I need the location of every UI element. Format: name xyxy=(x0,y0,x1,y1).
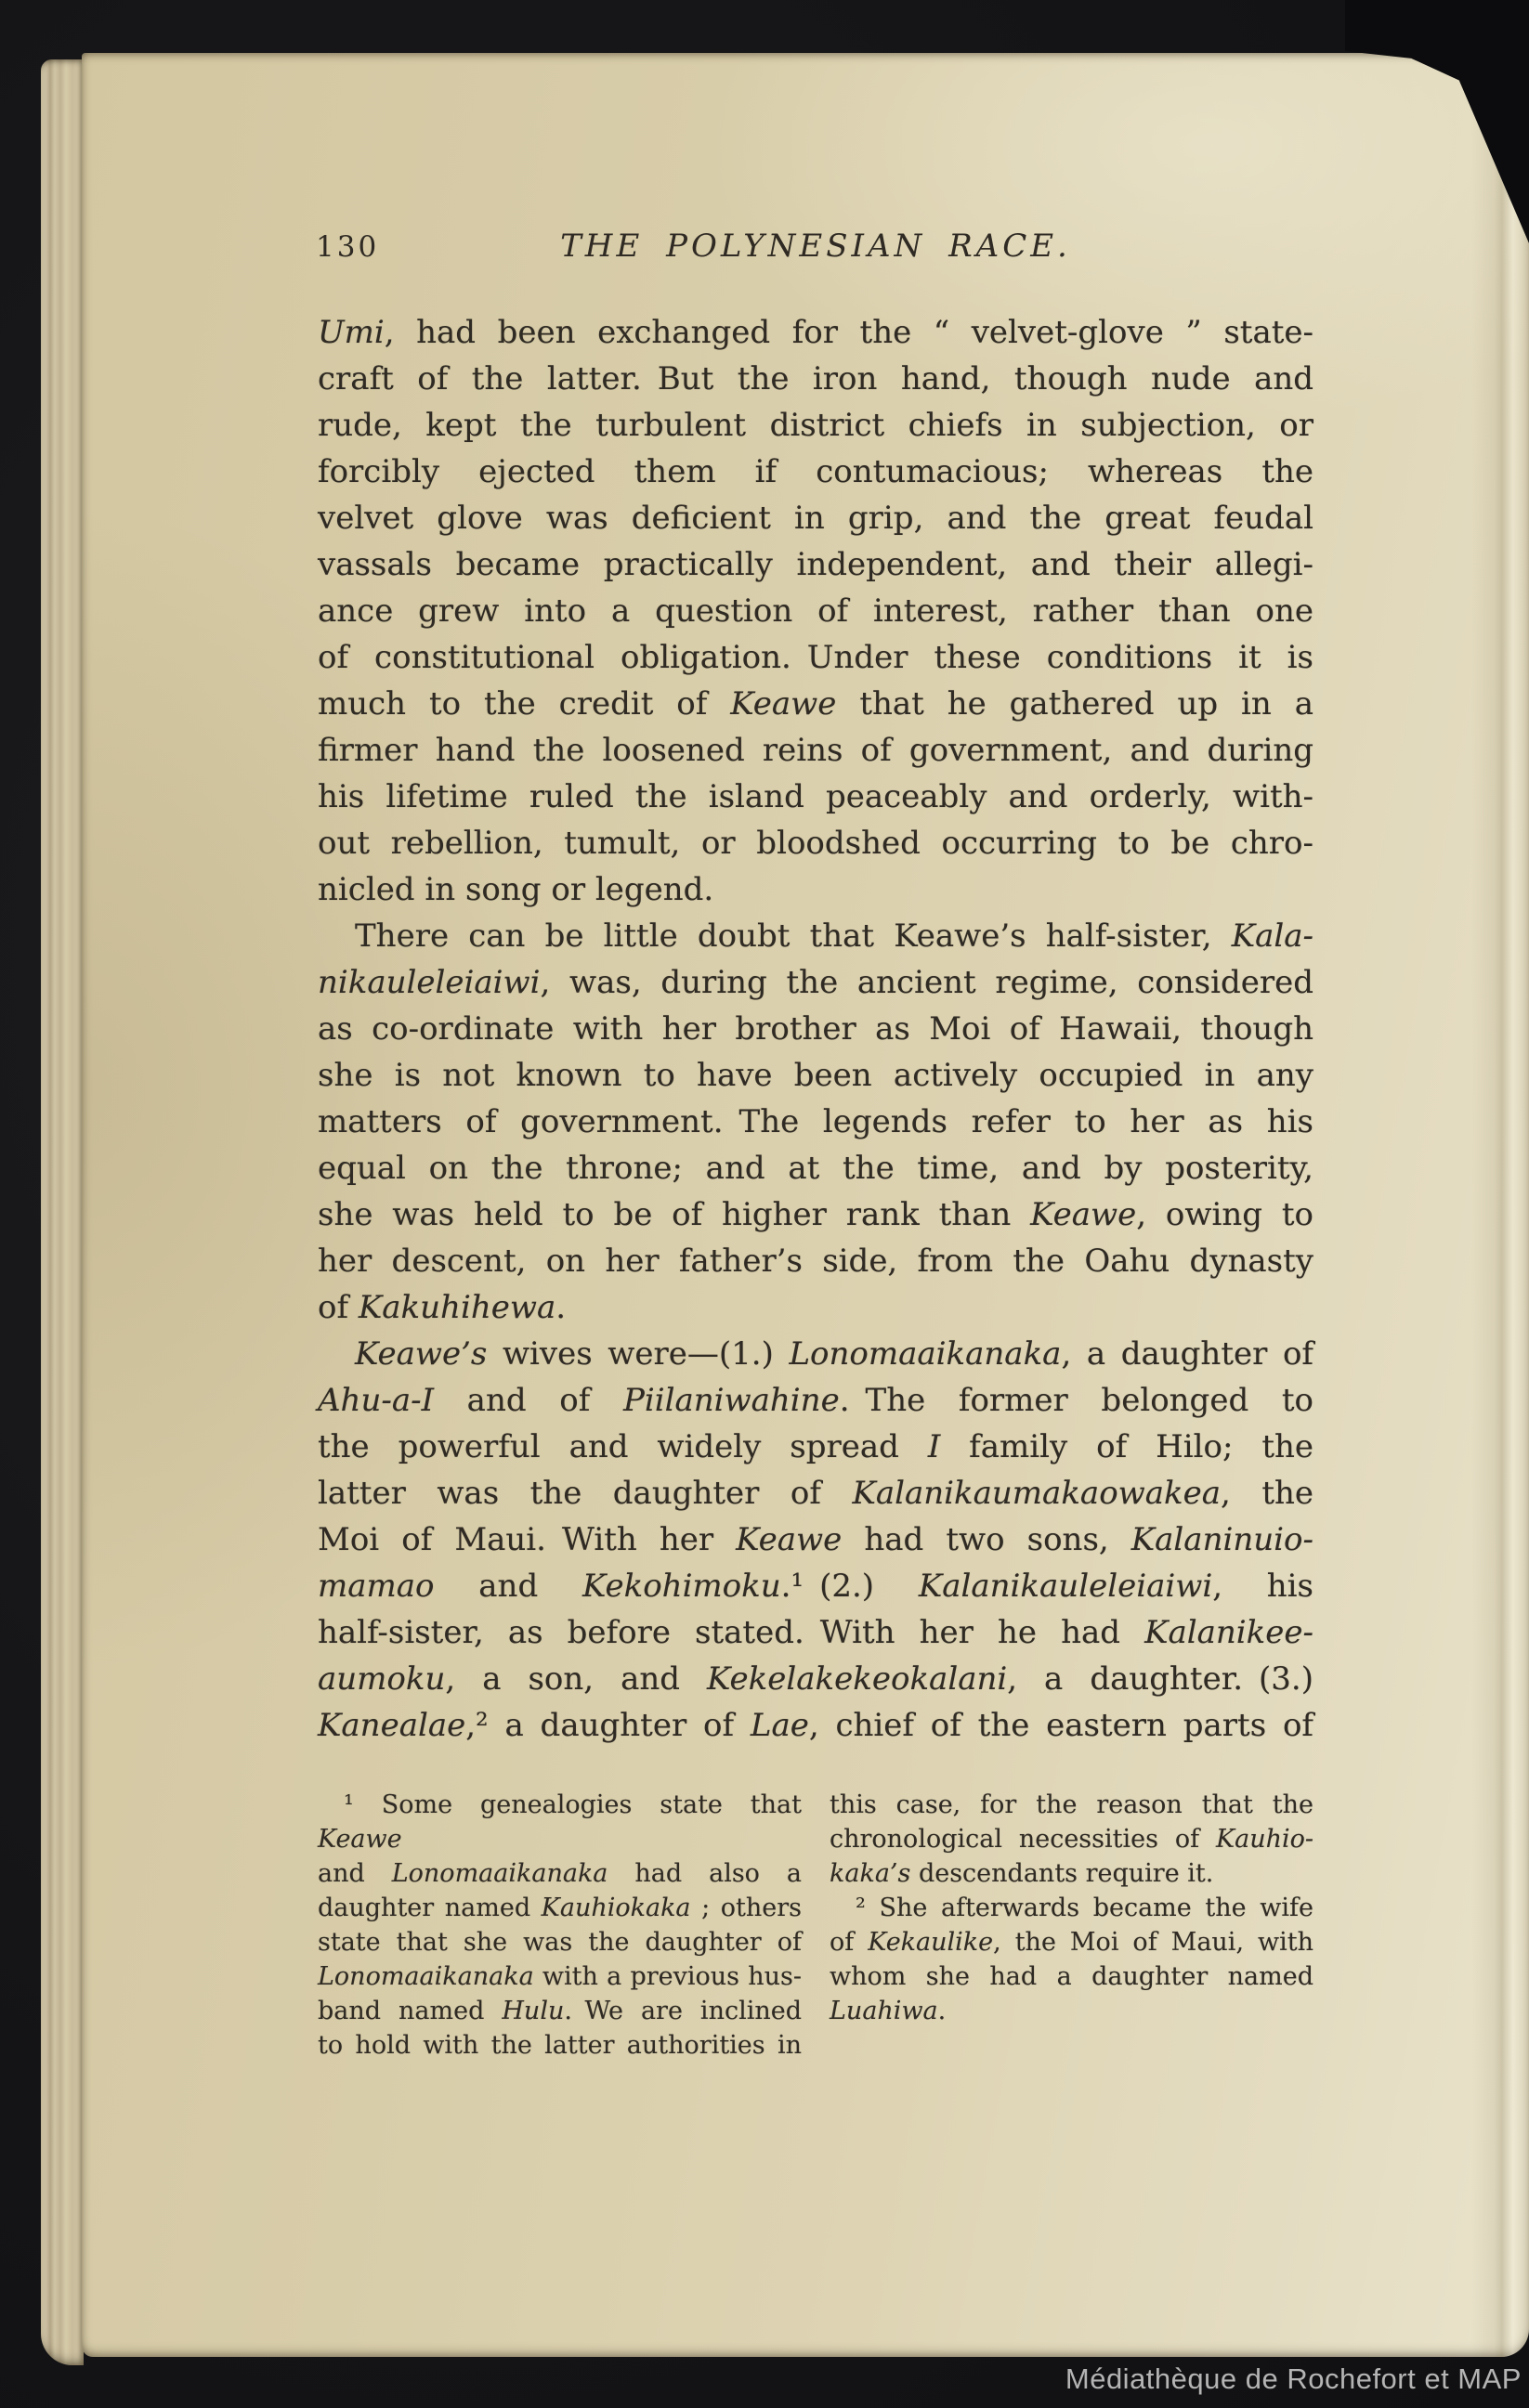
text-line: equal on the throne; and at the time, an… xyxy=(318,1145,1313,1191)
page-edge-stack xyxy=(41,59,84,2365)
running-title: THE POLYNESIAN RACE. xyxy=(318,226,1313,265)
text-line: Lonomaaikanaka with a previous hus- xyxy=(318,1959,802,1994)
text-line: ance grew into a question of interest, r… xyxy=(318,588,1313,634)
page-header: 130 THE POLYNESIAN RACE. xyxy=(318,226,1313,272)
text-line: his lifetime ruled the island peaceably … xyxy=(318,774,1313,820)
text-line: firmer hand the loosened reins of govern… xyxy=(318,727,1313,774)
text-line: mamao and Kekohimoku.¹ (2.) Kalanikaulel… xyxy=(318,1563,1313,1609)
text-line: aumoku, a son, and Kekelakekeokalani, a … xyxy=(318,1656,1313,1702)
text-line: daughter named Kauhiokaka ; others xyxy=(318,1891,802,1925)
page-content: 130 THE POLYNESIAN RACE. Umi, had been e… xyxy=(318,226,1313,2063)
text-line: band named Hulu. We are inclined xyxy=(318,1994,802,2028)
text-line: Keawe’s wives were—(1.) Lonomaaikanaka, … xyxy=(318,1331,1313,1377)
page-number: 130 xyxy=(316,230,379,264)
text-line: chronological necessities of Kauhio- xyxy=(830,1822,1313,1856)
page-fold-shadow xyxy=(1471,53,1529,2357)
text-line: Kanealae,² a daughter of Lae, chief of t… xyxy=(318,1702,1313,1749)
text-line: vassals became practically independent, … xyxy=(318,541,1313,588)
text-line: out rebellion, tumult, or bloodshed occu… xyxy=(318,820,1313,866)
text-line: half-sister, as before stated. With her … xyxy=(318,1609,1313,1656)
text-line: nicled in song or legend. xyxy=(318,866,1313,913)
scan-photo: { "colors":{"paper":"#d8cda9","ink":"#2f… xyxy=(0,0,1529,2408)
text-line: Ahu-a-I and of Piilaniwahine. The former… xyxy=(318,1377,1313,1424)
watermark: Médiathèque de Rochefort et MAP xyxy=(1065,2362,1522,2396)
text-line: to hold with the latter authorities in xyxy=(318,2028,802,2063)
text-line: whom she had a daughter named xyxy=(830,1959,1313,1994)
text-line: kaka’s descendants require it. xyxy=(830,1856,1313,1891)
text-line: state that she was the daughter of xyxy=(318,1925,802,1959)
text-line: matters of government. The legends refer… xyxy=(318,1099,1313,1145)
text-line: she was held to be of higher rank than K… xyxy=(318,1191,1313,1238)
text-line: There can be little doubt that Keawe’s h… xyxy=(318,913,1313,959)
text-line: Luahiwa. xyxy=(830,1994,1313,2028)
text-line: velvet glove was deficient in grip, and … xyxy=(318,495,1313,541)
text-line: as co-ordinate with her brother as Moi o… xyxy=(318,1006,1313,1052)
body-text: Umi, had been exchanged for the “ velvet… xyxy=(318,309,1313,1749)
footnotes: ¹ Some genealogies state that Keaweand L… xyxy=(318,1788,1313,2063)
text-line: forcibly ejected them if contumacious; w… xyxy=(318,449,1313,495)
text-line: the powerful and widely spread I family … xyxy=(318,1424,1313,1470)
text-line: and Lonomaaikanaka had also a xyxy=(318,1856,802,1891)
text-line: of constitutional obligation. Under thes… xyxy=(318,634,1313,681)
text-line: latter was the daughter of Kalanikaumaka… xyxy=(318,1470,1313,1516)
text-line: of Kakuhihewa. xyxy=(318,1284,1313,1331)
text-line: of Kekaulike, the Moi of Maui, with xyxy=(830,1925,1313,1959)
text-line: ² She afterwards became the wife xyxy=(830,1891,1313,1925)
text-line: her descent, on her father’s side, from … xyxy=(318,1238,1313,1284)
text-line: Umi, had been exchanged for the “ velvet… xyxy=(318,309,1313,356)
text-line: this case, for the reason that the xyxy=(830,1788,1313,1822)
text-line: Moi of Maui. With her Keawe had two sons… xyxy=(318,1516,1313,1563)
text-line: ¹ Some genealogies state that Keawe xyxy=(318,1788,802,1856)
text-line: nikauleleiaiwi, was, during the ancient … xyxy=(318,959,1313,1006)
footnote-left-column: ¹ Some genealogies state that Keaweand L… xyxy=(318,1788,802,2063)
text-line: rude, kept the turbulent district chiefs… xyxy=(318,402,1313,449)
footnote-right-column: this case, for the reason that thechrono… xyxy=(830,1788,1313,2063)
text-line: craft of the latter. But the iron hand, … xyxy=(318,356,1313,402)
text-line: much to the credit of Keawe that he gath… xyxy=(318,681,1313,727)
text-line: she is not known to have been actively o… xyxy=(318,1052,1313,1099)
